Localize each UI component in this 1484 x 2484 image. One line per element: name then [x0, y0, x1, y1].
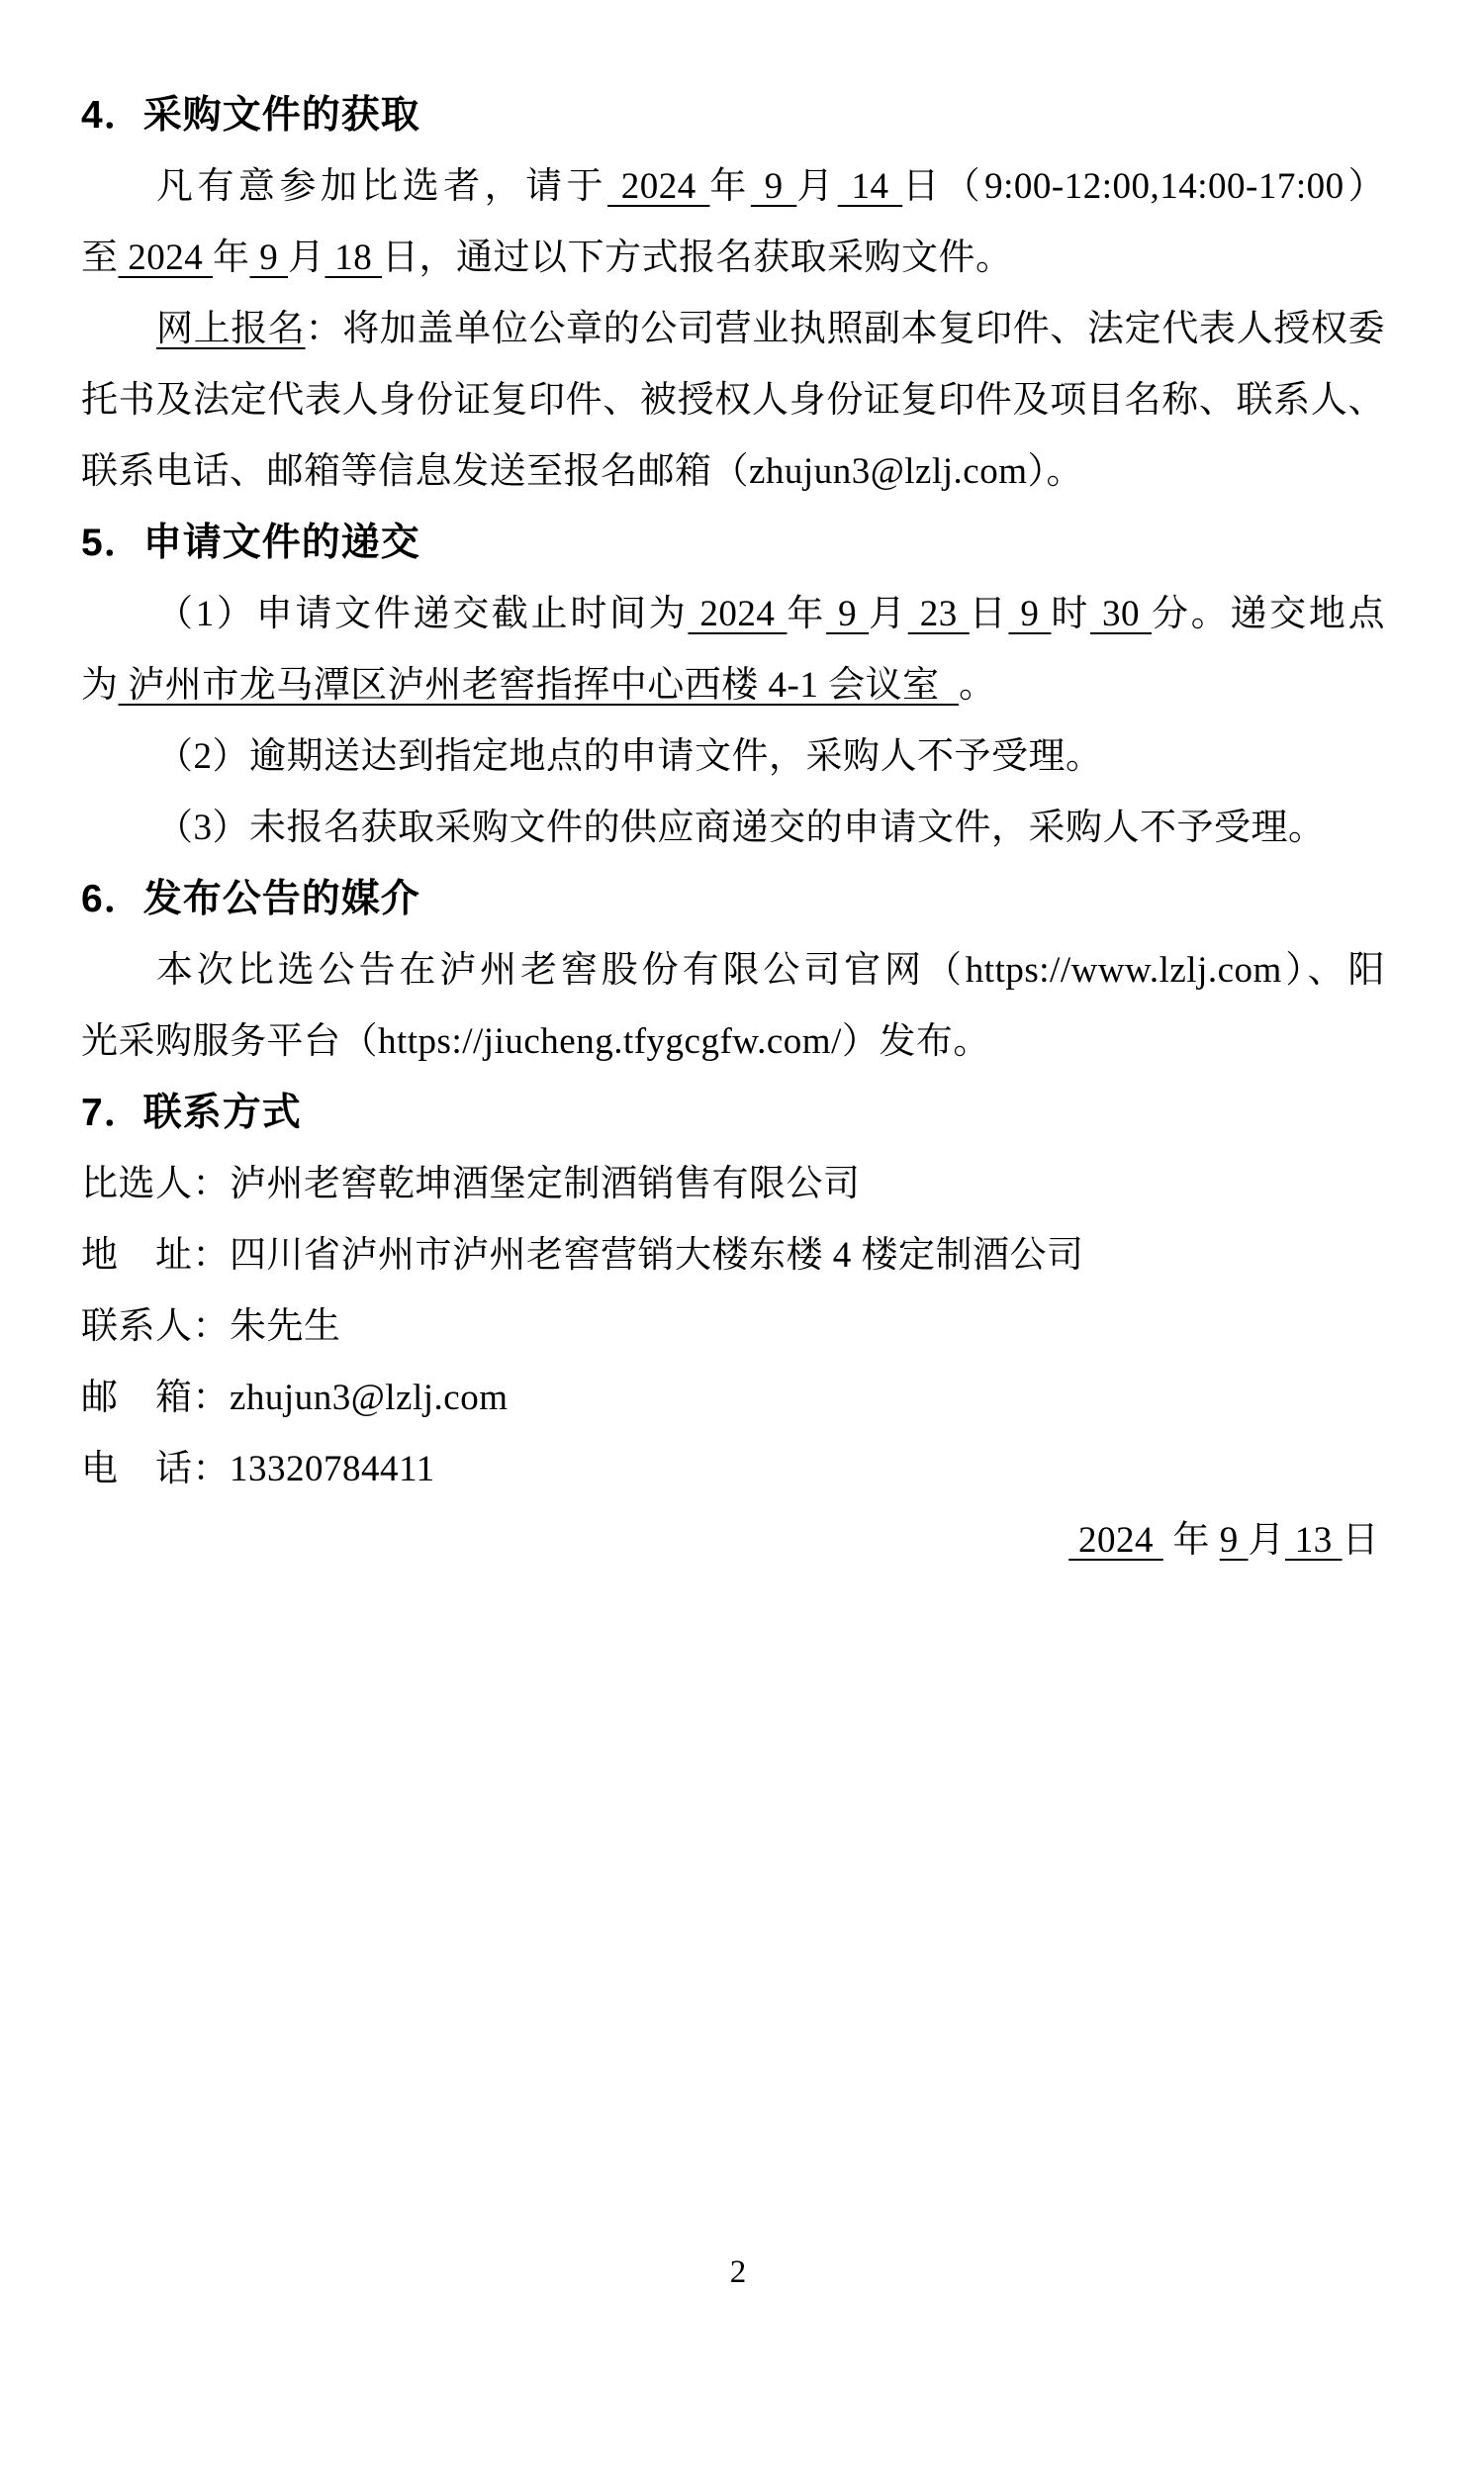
text-segment: 7．联系方式: [81, 1092, 302, 1134]
text-segment: 4．采购文件的获取: [81, 94, 420, 137]
underlined-blank: 2024: [119, 238, 214, 278]
underlined-blank: 23: [908, 594, 970, 634]
section-heading: 5．申请文件的递交: [81, 508, 1385, 579]
underlined-blank: 9: [250, 238, 289, 278]
text-segment: ：将加盖单位公章的公司营业执照副本复印件、法定代表人授权委: [306, 309, 1385, 349]
text-segment: 联系电话、邮箱等信息发送至报名邮箱（zhujun3@lzlj.com）。: [81, 451, 1083, 492]
text-segment: 日: [970, 594, 1009, 634]
section-heading: 7．联系方式: [81, 1078, 1385, 1149]
document-line: （1）申请文件递交截止时间为 2024 年 9 月 23 日 9 时 30 分。…: [81, 579, 1385, 650]
document-lines: 4．采购文件的获取凡有意参加比选者，请于 2024 年 9 月 14 日（9:0…: [81, 80, 1385, 1576]
underlined-blank: 2024: [688, 594, 787, 634]
text-segment: 邮 箱：zhujun3@lzlj.com: [81, 1378, 509, 1418]
underlined-blank: 泸州市龙马潭区泸州老窖指挥中心西楼 4-1 会议室: [119, 665, 960, 706]
document-line: 电 话：13320784411: [81, 1434, 1385, 1505]
document-line: 为 泸州市龙马潭区泸州老窖指挥中心西楼 4-1 会议室 。: [81, 650, 1385, 721]
text-segment: 年: [787, 594, 826, 634]
text-segment: 月: [796, 166, 837, 207]
text-segment: 为: [81, 665, 119, 706]
page-number: 2: [0, 2248, 1476, 2296]
underlined-blank: 2024: [607, 166, 709, 207]
underlined-blank: 9: [1008, 594, 1051, 634]
text-segment: 年: [709, 166, 750, 207]
text-segment: 月: [1249, 1520, 1286, 1561]
text-segment: 年: [213, 238, 250, 278]
text-segment: 日，通过以下方式报名获取采购文件。: [382, 238, 1013, 278]
underlined-blank: 13: [1285, 1520, 1343, 1561]
text-segment: （3）未报名获取采购文件的供应商递交的申请文件，采购人不予受理。: [156, 808, 1326, 848]
text-segment: 凡有意参加比选者，请于: [156, 166, 607, 207]
underlined-blank: 30: [1090, 594, 1152, 634]
text-segment: 时: [1051, 594, 1090, 634]
underlined-blank: 2024: [1068, 1520, 1163, 1561]
document-line: 比选人：泸州老窖乾坤酒堡定制酒销售有限公司: [81, 1149, 1385, 1220]
underlined-blank: 9: [751, 166, 796, 207]
text-segment: 至: [81, 238, 119, 278]
document-line: 联系人：朱先生: [81, 1291, 1385, 1363]
underlined-blank: 14: [838, 166, 902, 207]
underlined-blank: 9: [826, 594, 869, 634]
underlined-blank: 18: [325, 238, 383, 278]
document-line: 网上报名：将加盖单位公章的公司营业执照副本复印件、法定代表人授权委: [81, 294, 1385, 365]
document-line: 托书及法定代表人身份证复印件、被授权人身份证复印件及项目名称、联系人、: [81, 365, 1385, 436]
underlined-blank: 9: [1220, 1520, 1249, 1561]
document-line: 本次比选公告在泸州老窖股份有限公司官网（https://www.lzlj.com…: [81, 935, 1385, 1006]
document-page: 4．采购文件的获取凡有意参加比选者，请于 2024 年 9 月 14 日（9:0…: [0, 0, 1484, 2484]
text-segment: 托书及法定代表人身份证复印件、被授权人身份证复印件及项目名称、联系人、: [81, 380, 1385, 421]
text-segment: （1）申请文件递交截止时间为: [156, 594, 688, 634]
text-segment: 日: [1343, 1520, 1380, 1561]
section-heading: 6．发布公告的媒介: [81, 864, 1385, 935]
text-segment: 。: [959, 665, 996, 706]
text-segment: （2）逾期送达到指定地点的申请文件，采购人不予受理。: [156, 736, 1103, 777]
document-line: 联系电话、邮箱等信息发送至报名邮箱（zhujun3@lzlj.com）。: [81, 436, 1385, 508]
text-segment: 地 址：四川省泸州市泸州老窖营销大楼东楼 4 楼定制酒公司: [81, 1235, 1084, 1276]
document-line: 地 址：四川省泸州市泸州老窖营销大楼东楼 4 楼定制酒公司: [81, 1220, 1385, 1291]
document-line: （2）逾期送达到指定地点的申请文件，采购人不予受理。: [81, 721, 1385, 793]
text-segment: 月: [288, 238, 325, 278]
document-line: 至 2024 年 9 月 18 日，通过以下方式报名获取采购文件。: [81, 223, 1385, 294]
document-line: 凡有意参加比选者，请于 2024 年 9 月 14 日（9:00-12:00,1…: [81, 151, 1385, 223]
text-segment: 月: [869, 594, 908, 634]
text-segment: 比选人：泸州老窖乾坤酒堡定制酒销售有限公司: [81, 1164, 861, 1204]
text-segment: 日（9:00-12:00,14:00-17:00）: [902, 166, 1385, 207]
section-heading: 4．采购文件的获取: [81, 80, 1385, 151]
text-segment: 联系人：朱先生: [81, 1306, 341, 1347]
document-line: 光采购服务平台（https://jiucheng.tfygcgfw.com/）发…: [81, 1006, 1385, 1078]
text-segment: 本次比选公告在泸州老窖股份有限公司官网（https://www.lzlj.com…: [156, 950, 1385, 991]
text-segment: 5．申请文件的递交: [81, 522, 420, 564]
text-segment: 分。递交地点: [1152, 594, 1385, 634]
document-line: （3）未报名获取采购文件的供应商递交的申请文件，采购人不予受理。: [81, 793, 1385, 864]
document-line: 邮 箱：zhujun3@lzlj.com: [81, 1363, 1385, 1434]
text-segment: 年: [1163, 1520, 1220, 1561]
text-segment: 光采购服务平台（https://jiucheng.tfygcgfw.com/）发…: [81, 1021, 990, 1062]
text-segment: 电 话：13320784411: [81, 1449, 435, 1489]
underlined-blank: 网上报名: [156, 309, 306, 349]
text-segment: 6．发布公告的媒介: [81, 878, 420, 920]
document-line: 2024 年 9 月 13 日: [81, 1505, 1385, 1576]
